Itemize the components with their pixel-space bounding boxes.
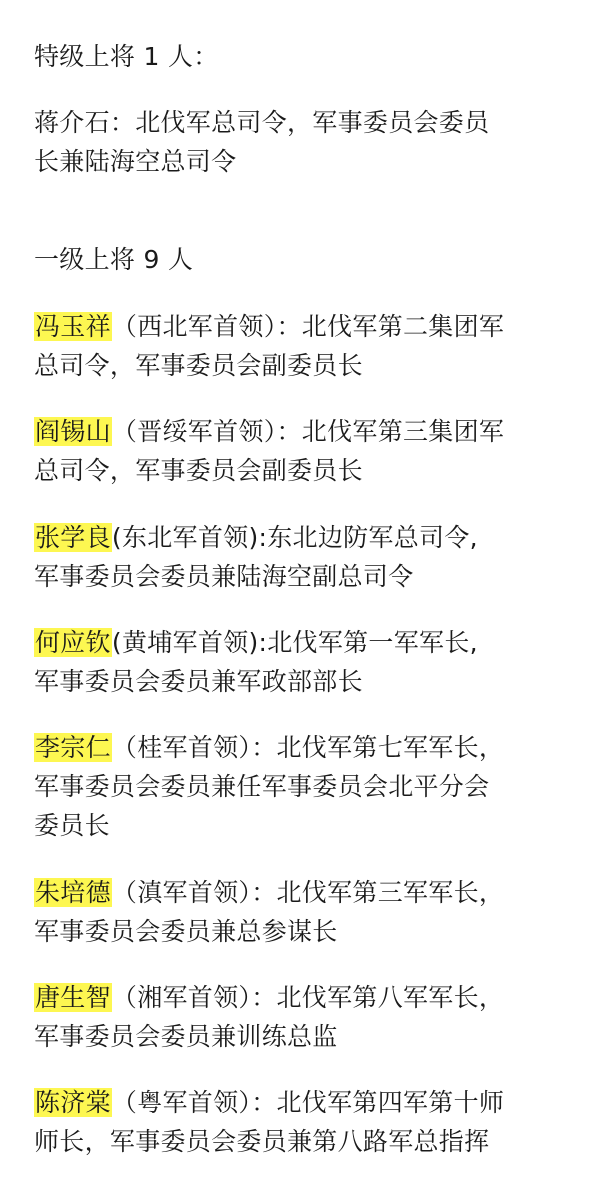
highlighted-name: 何应钦 [34, 628, 112, 657]
entry-chen-line-1: 陈济棠（粤军首领）：北伐军第四军第十师 [34, 1086, 504, 1120]
entry-chen-line-2: 师长，军事委员会委员兼第八路军总指挥 [34, 1125, 489, 1159]
entry-desc: （粤军首领）：北伐军第四军第十师 [112, 1088, 504, 1117]
highlighted-name: 冯玉祥 [34, 312, 112, 341]
entry-tang-line-1: 唐生智（湘军首领）：北伐军第八军军长， [34, 981, 504, 1015]
entry-desc: (黄埔军首领):北伐军第一军军长, [112, 628, 478, 657]
entry-he-line-1: 何应钦(黄埔军首领):北伐军第一军军长, [34, 626, 478, 660]
article-page: 特级上将 1 人： 蒋介石：北伐军总司令，军事委员会委员 长兼陆海空总司令 一级… [0, 0, 601, 1200]
entry-zhu-line-1: 朱培德（滇军首领）：北伐军第三军军长， [34, 876, 504, 910]
entry-desc: （滇军首领）：北伐军第三军军长， [112, 878, 504, 907]
entry-tang-line-2: 军事委员会委员兼训练总监 [34, 1020, 338, 1054]
entry-desc: （晋绥军首领）：北伐军第三集团军 [112, 417, 504, 446]
entry-desc: (东北军首领):东北边防军总司令, [112, 523, 478, 552]
highlighted-name: 张学良 [34, 523, 112, 552]
entry-yan-line-1: 阎锡山（晋绥军首领）：北伐军第三集团军 [34, 415, 504, 449]
entry-zhang-line-2: 军事委员会委员兼陆海空副总司令 [34, 560, 414, 594]
entry-zhu-line-2: 军事委员会委员兼总参谋长 [34, 915, 338, 949]
entry-feng-line-2: 总司令，军事委员会副委员长 [34, 349, 363, 383]
entry-desc: （西北军首领）：北伐军第二集团军 [112, 312, 504, 341]
entry-feng-line-1: 冯玉祥（西北军首领）：北伐军第二集团军 [34, 310, 504, 344]
section-heading-first-class-general: 一级上将 9 人 [34, 243, 193, 277]
entry-li-line-1: 李宗仁（桂军首领）：北伐军第七军军长， [34, 731, 504, 765]
entry-zhang-line-1: 张学良(东北军首领):东北边防军总司令, [34, 521, 478, 555]
entry-desc: （桂军首领）：北伐军第七军军长， [112, 733, 504, 762]
entry-desc: （湘军首领）：北伐军第八军军长， [112, 983, 504, 1012]
highlighted-name: 阎锡山 [34, 417, 112, 446]
entry-chiang-line-2: 长兼陆海空总司令 [34, 145, 236, 179]
section-heading-special-general: 特级上将 1 人： [34, 40, 219, 74]
highlighted-name: 李宗仁 [34, 733, 112, 762]
highlighted-name: 朱培德 [34, 878, 112, 907]
entry-yan-line-2: 总司令，军事委员会副委员长 [34, 454, 363, 488]
entry-li-line-3: 委员长 [34, 809, 110, 843]
entry-he-line-2: 军事委员会委员兼军政部部长 [34, 665, 363, 699]
entry-chiang-line-1: 蒋介石：北伐军总司令，军事委员会委员 [34, 106, 489, 140]
entry-li-line-2: 军事委员会委员兼任军事委员会北平分会 [34, 770, 489, 804]
highlighted-name: 唐生智 [34, 983, 112, 1012]
highlighted-name: 陈济棠 [34, 1088, 112, 1117]
